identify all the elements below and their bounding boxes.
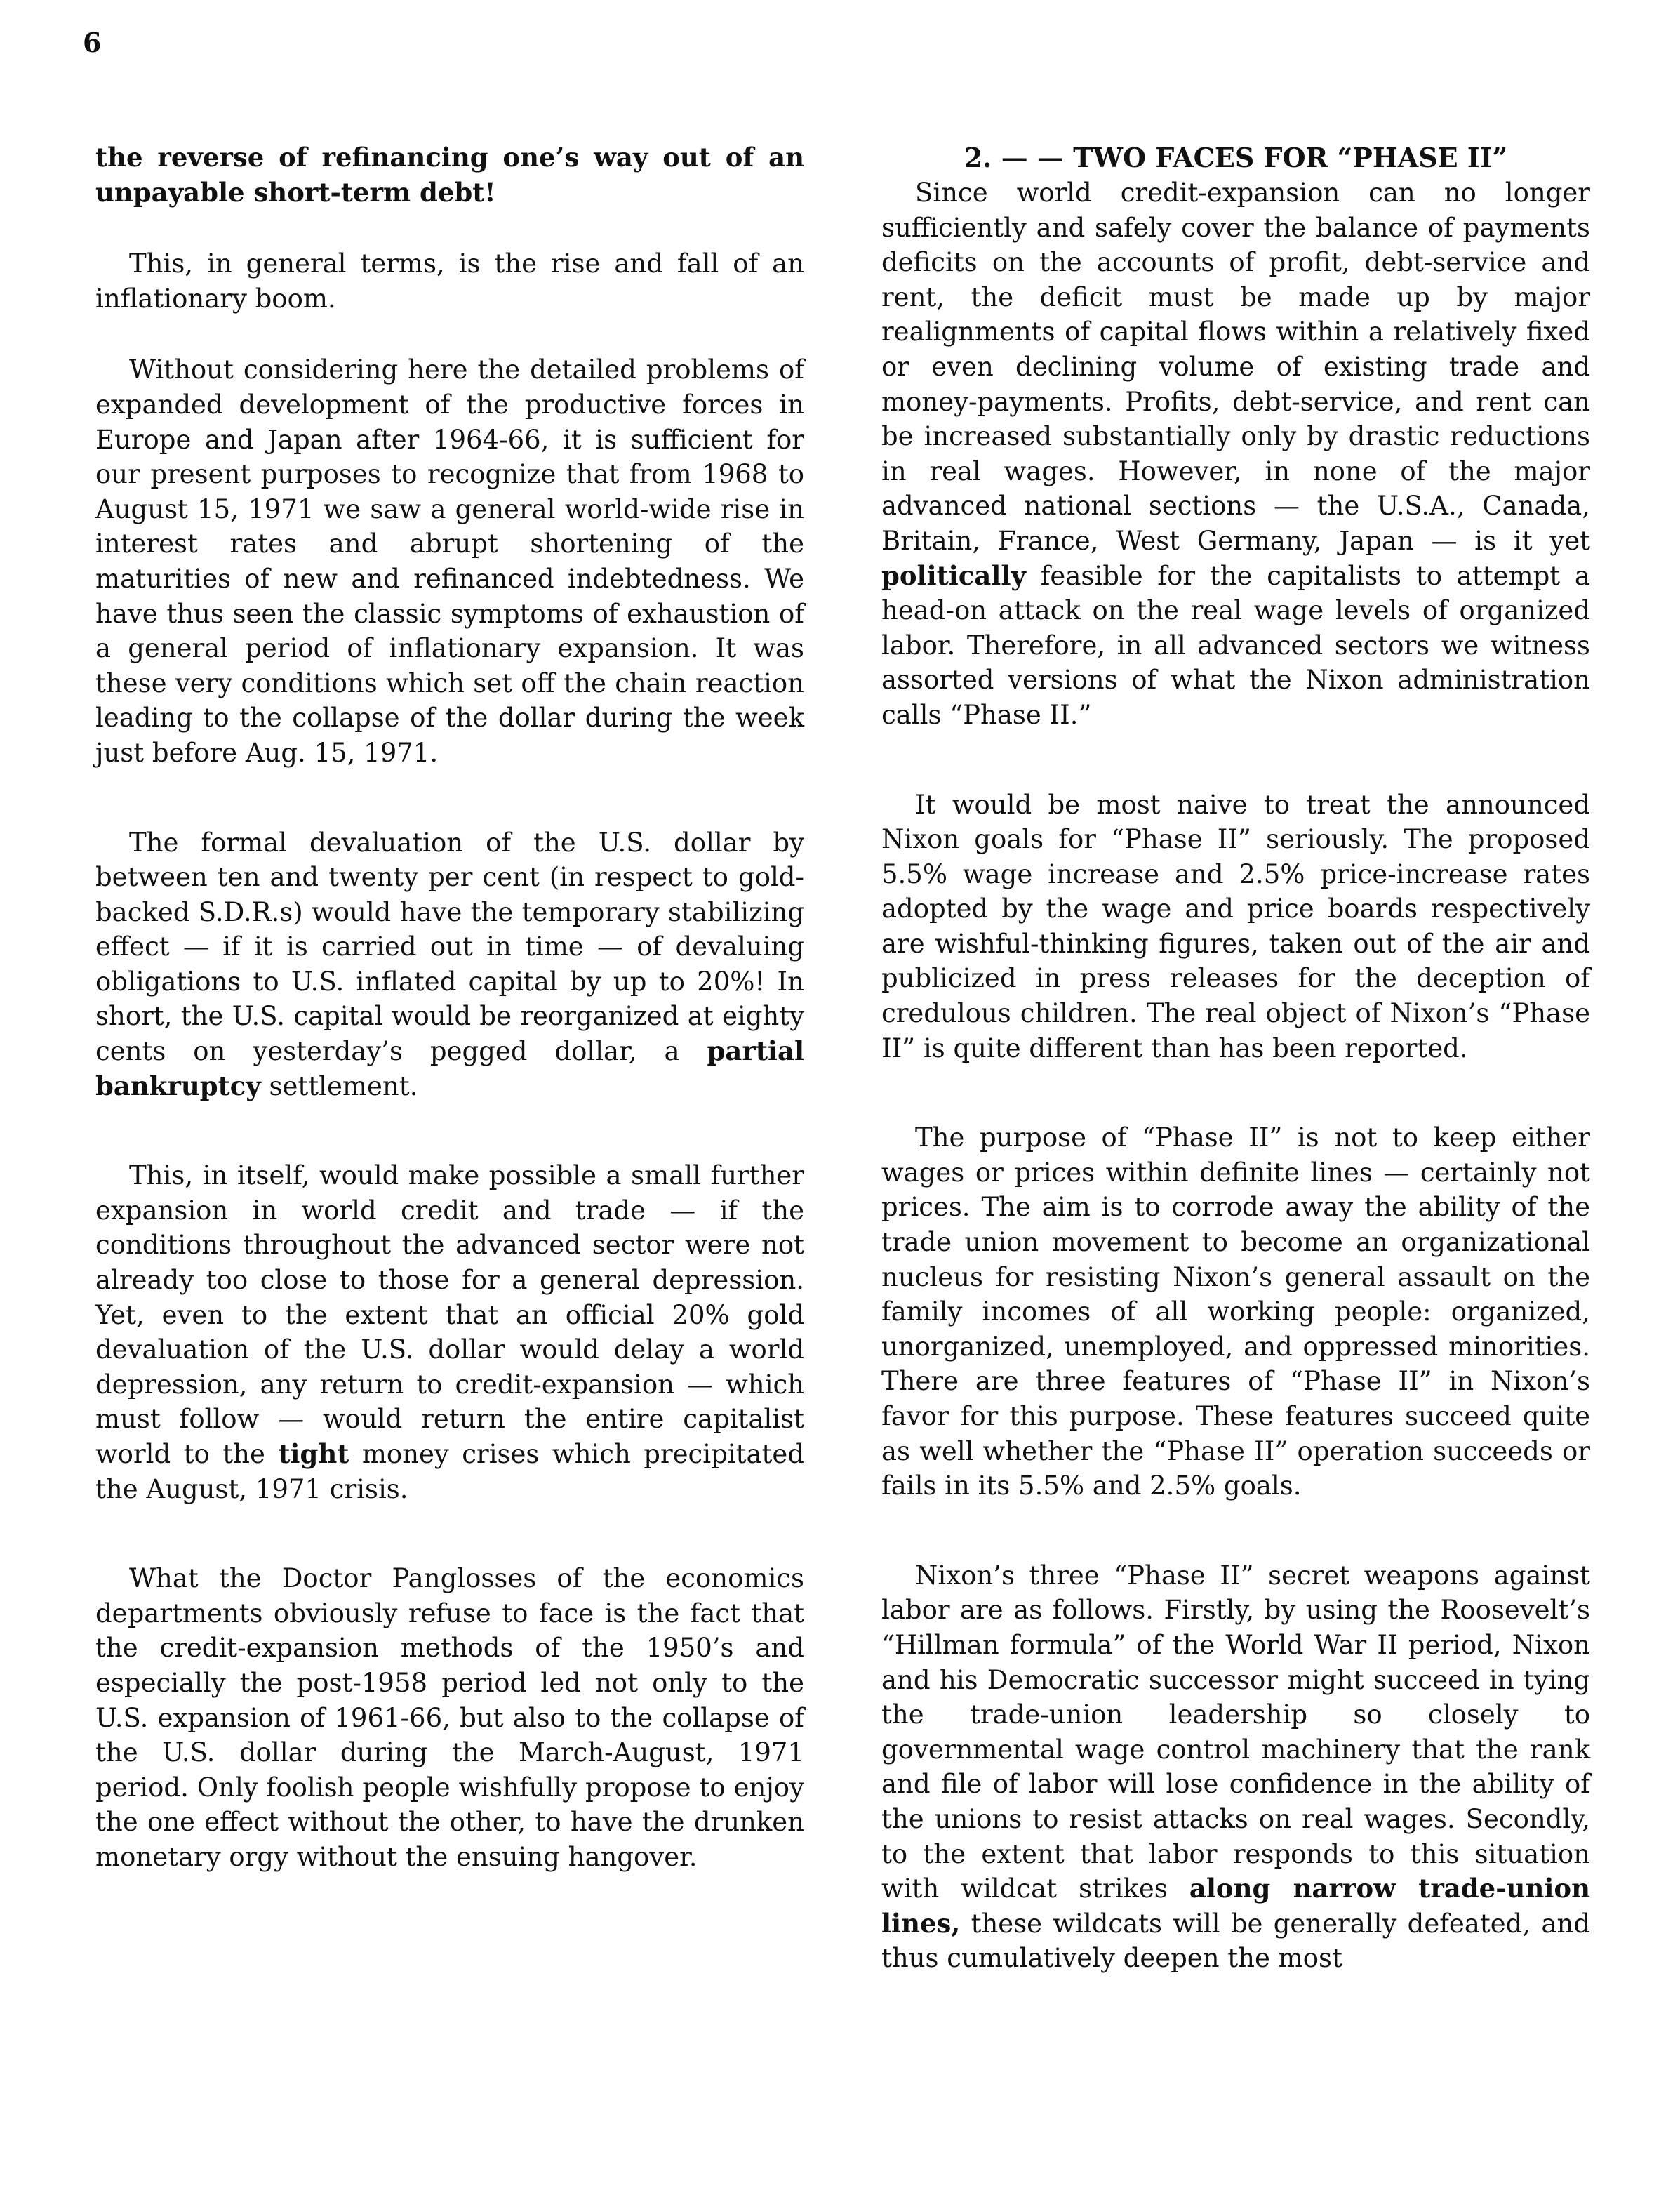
text-segment: these wildcats will be generally defeate… xyxy=(881,1909,1590,1974)
text-segment: Since world credit-expansion can no long… xyxy=(881,178,1590,556)
text-segment-bold: politically xyxy=(881,560,1026,591)
text-segment: What the Doctor Panglosses of the econom… xyxy=(95,1563,804,1872)
paragraph: It would be most naive to treat the anno… xyxy=(881,788,1590,1066)
text-segment: Nixon’s three “Phase II” secret weapons … xyxy=(881,1560,1590,1904)
paragraph: Since world credit-expansion can no long… xyxy=(881,175,1590,733)
paragraph: This, in itself, would make possible a s… xyxy=(95,1158,804,1506)
paragraph: This, in general terms, is the rise and … xyxy=(95,246,804,316)
page-number: 6 xyxy=(83,27,101,58)
paragraph: The formal devaluation of the U.S. dolla… xyxy=(95,825,804,1104)
text-segment: the reverse of refinancing one’s way out… xyxy=(95,142,804,208)
paragraph: What the Doctor Panglosses of the econom… xyxy=(95,1561,804,1874)
text-segment: This, in itself, would make possible a s… xyxy=(95,1160,804,1469)
section-heading: 2. — — TWO FACES FOR “PHASE II” xyxy=(881,140,1590,175)
left-column: the reverse of refinancing one’s way out… xyxy=(95,140,804,1911)
text-segment: The formal devaluation of the U.S. dolla… xyxy=(95,828,804,1067)
paragraph: The purpose of “Phase II” is not to keep… xyxy=(881,1120,1590,1504)
paragraph: Without considering here the detailed pr… xyxy=(95,352,804,770)
text-segment: Without considering here the detailed pr… xyxy=(95,354,804,768)
text-segment: This, in general terms, is the rise and … xyxy=(95,248,804,314)
text-segment: It would be most naive to treat the anno… xyxy=(881,790,1590,1063)
text-segment-bold: tight xyxy=(278,1438,349,1469)
right-column: 2. — — TWO FACES FOR “PHASE II” Since wo… xyxy=(881,140,1590,2012)
text-segment: settlement. xyxy=(261,1071,418,1101)
text-segment: The purpose of “Phase II” is not to keep… xyxy=(881,1122,1590,1501)
paragraph: the reverse of refinancing one’s way out… xyxy=(95,140,804,210)
paragraph: Nixon’s three “Phase II” secret weapons … xyxy=(881,1558,1590,1976)
